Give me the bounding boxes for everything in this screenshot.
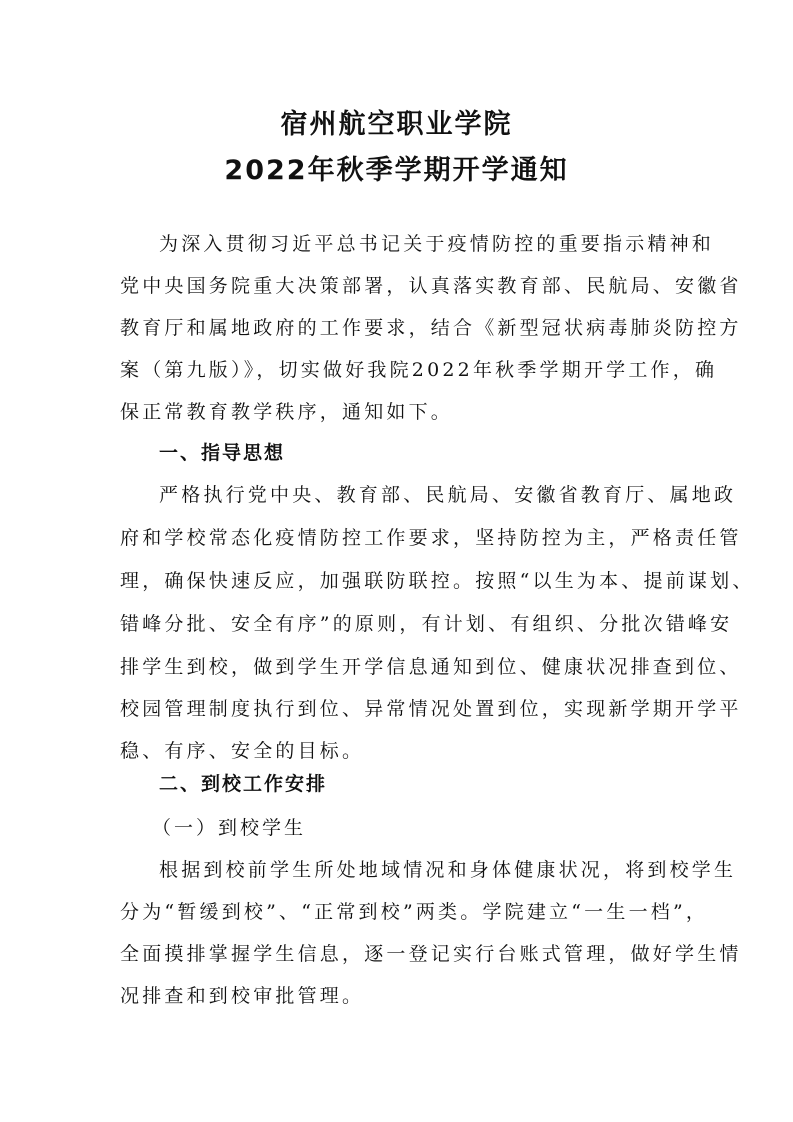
text-line: 党中央国务院重大决策部署，认真落实教育部、民航局、安徽省 [120,274,680,298]
subsection-heading-arriving-students: （一）到校学生 [152,816,712,840]
text-line: 错峰分批、安全有序”的原则，有计划、有组织、分批次错峰安 [120,612,680,636]
section-heading-guiding-principle: 一、指导思想 [159,441,680,465]
title-institution: 宿州航空职业学院 [0,102,793,141]
text-line: 况排查和到校审批管理。 [120,984,680,1008]
title-notice: 2022年秋季学期开学通知 [0,148,793,187]
text-line: 全面摸排掌握学生信息，逐一登记实行台账式管理，做好学生情 [120,942,680,966]
text-line: 根据到校前学生所处地域情况和身体健康状况，将到校学生 [159,858,680,882]
text-line: 府和学校常态化疫情防控工作要求，坚持防控为主，严格责任管 [120,526,680,550]
text-line: 校园管理制度执行到位、异常情况处置到位，实现新学期开学平 [120,697,680,721]
text-line: 稳、有序、安全的目标。 [120,739,680,763]
text-line: 严格执行党中央、教育部、民航局、安徽省教育厅、属地政 [159,483,680,507]
text-line: 保正常教育教学秩序，通知如下。 [120,400,680,424]
text-line: 教育厅和属地政府的工作要求，结合《新型冠状病毒肺炎防控方 [120,316,680,340]
text-line: 为深入贯彻习近平总书记关于疫情防控的重要指示精神和 [159,232,680,256]
text-line: 排学生到校，做到学生开学信息通知到位、健康状况排查到位、 [120,655,680,679]
text-line: 案（第九版）》，切实做好我院2022年秋季学期开学工作，确 [120,358,680,382]
text-line: 理，确保快速反应，加强联防联控。按照“以生为本、提前谋划、 [120,569,680,593]
section-heading-arrival-arrangements: 二、到校工作安排 [159,772,680,796]
text-line: 分为“暂缓到校”、“正常到校”两类。学院建立“一生一档”， [120,900,680,924]
